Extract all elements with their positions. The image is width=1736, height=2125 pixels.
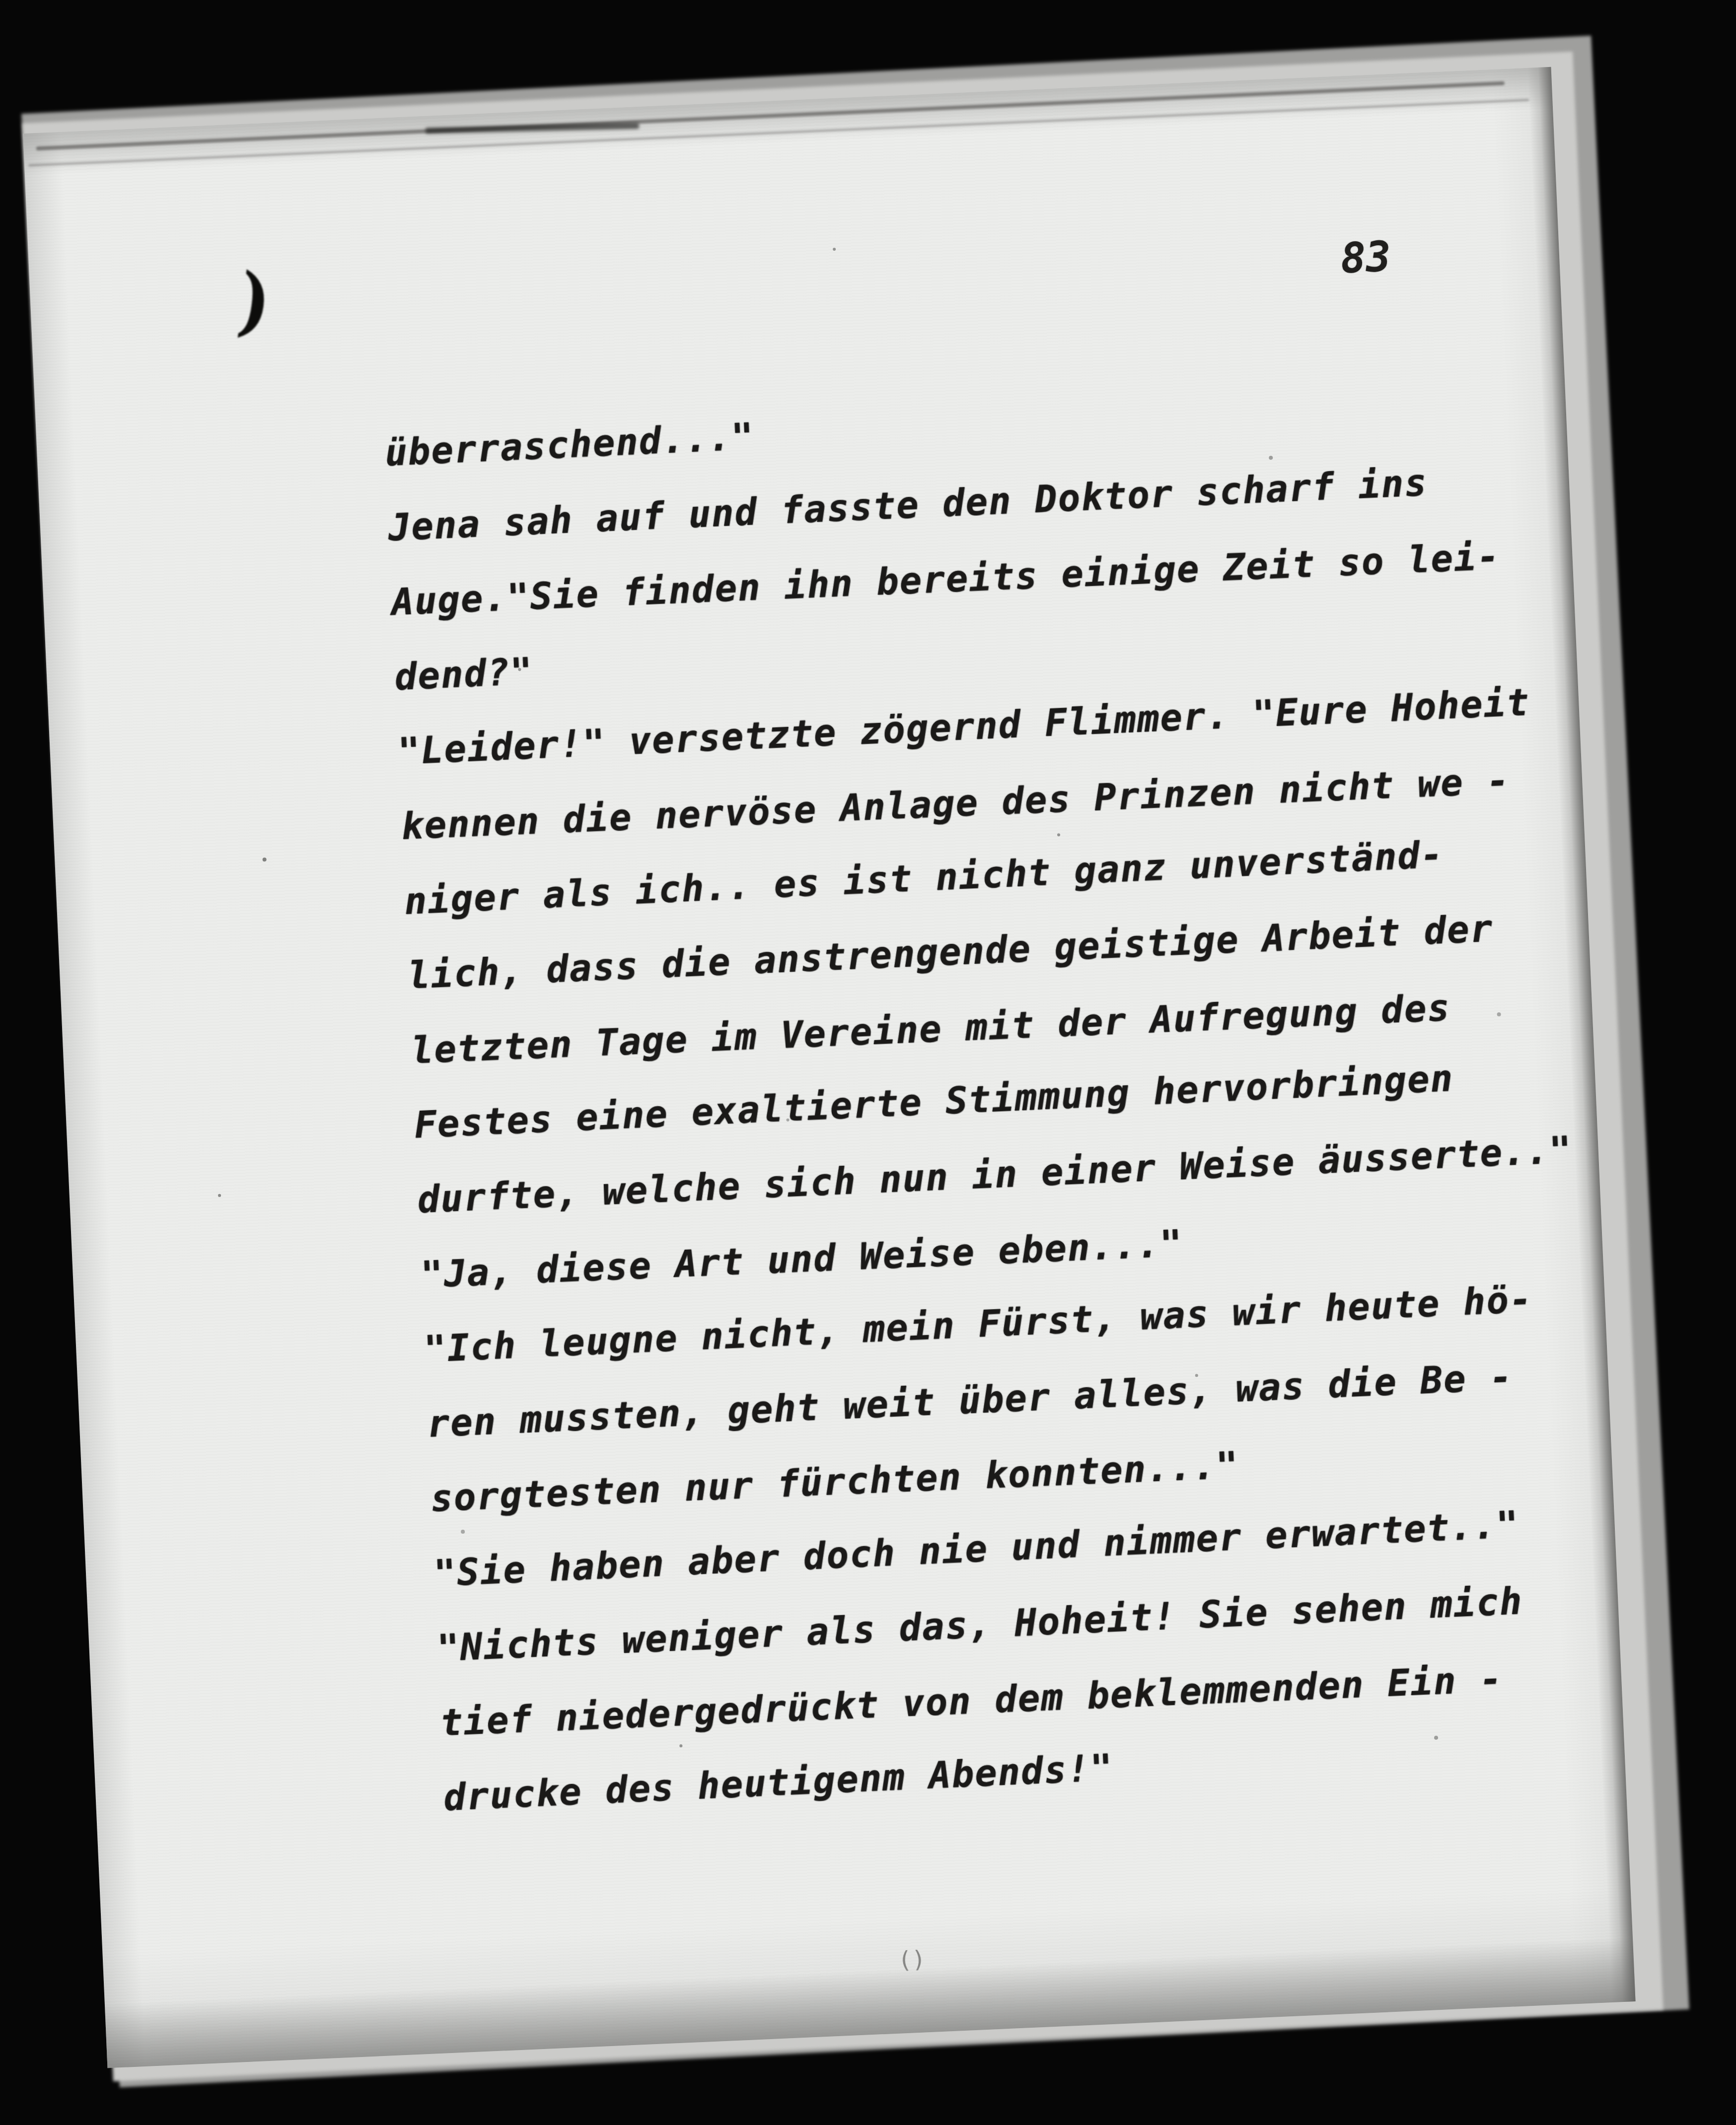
typewritten-text-block: überraschend..."Jena sah auf und fasste … [383,365,1600,1835]
scanned-document-photo: ) 83 überraschend..."Jena sah auf und fa… [0,0,1736,2125]
paper-page: ) 83 überraschend..."Jena sah auf und fa… [23,67,1635,2068]
ink-blot-mark: ) [233,256,276,348]
page-number: 83 [1340,232,1392,283]
stray-mark: () [897,1945,926,1973]
